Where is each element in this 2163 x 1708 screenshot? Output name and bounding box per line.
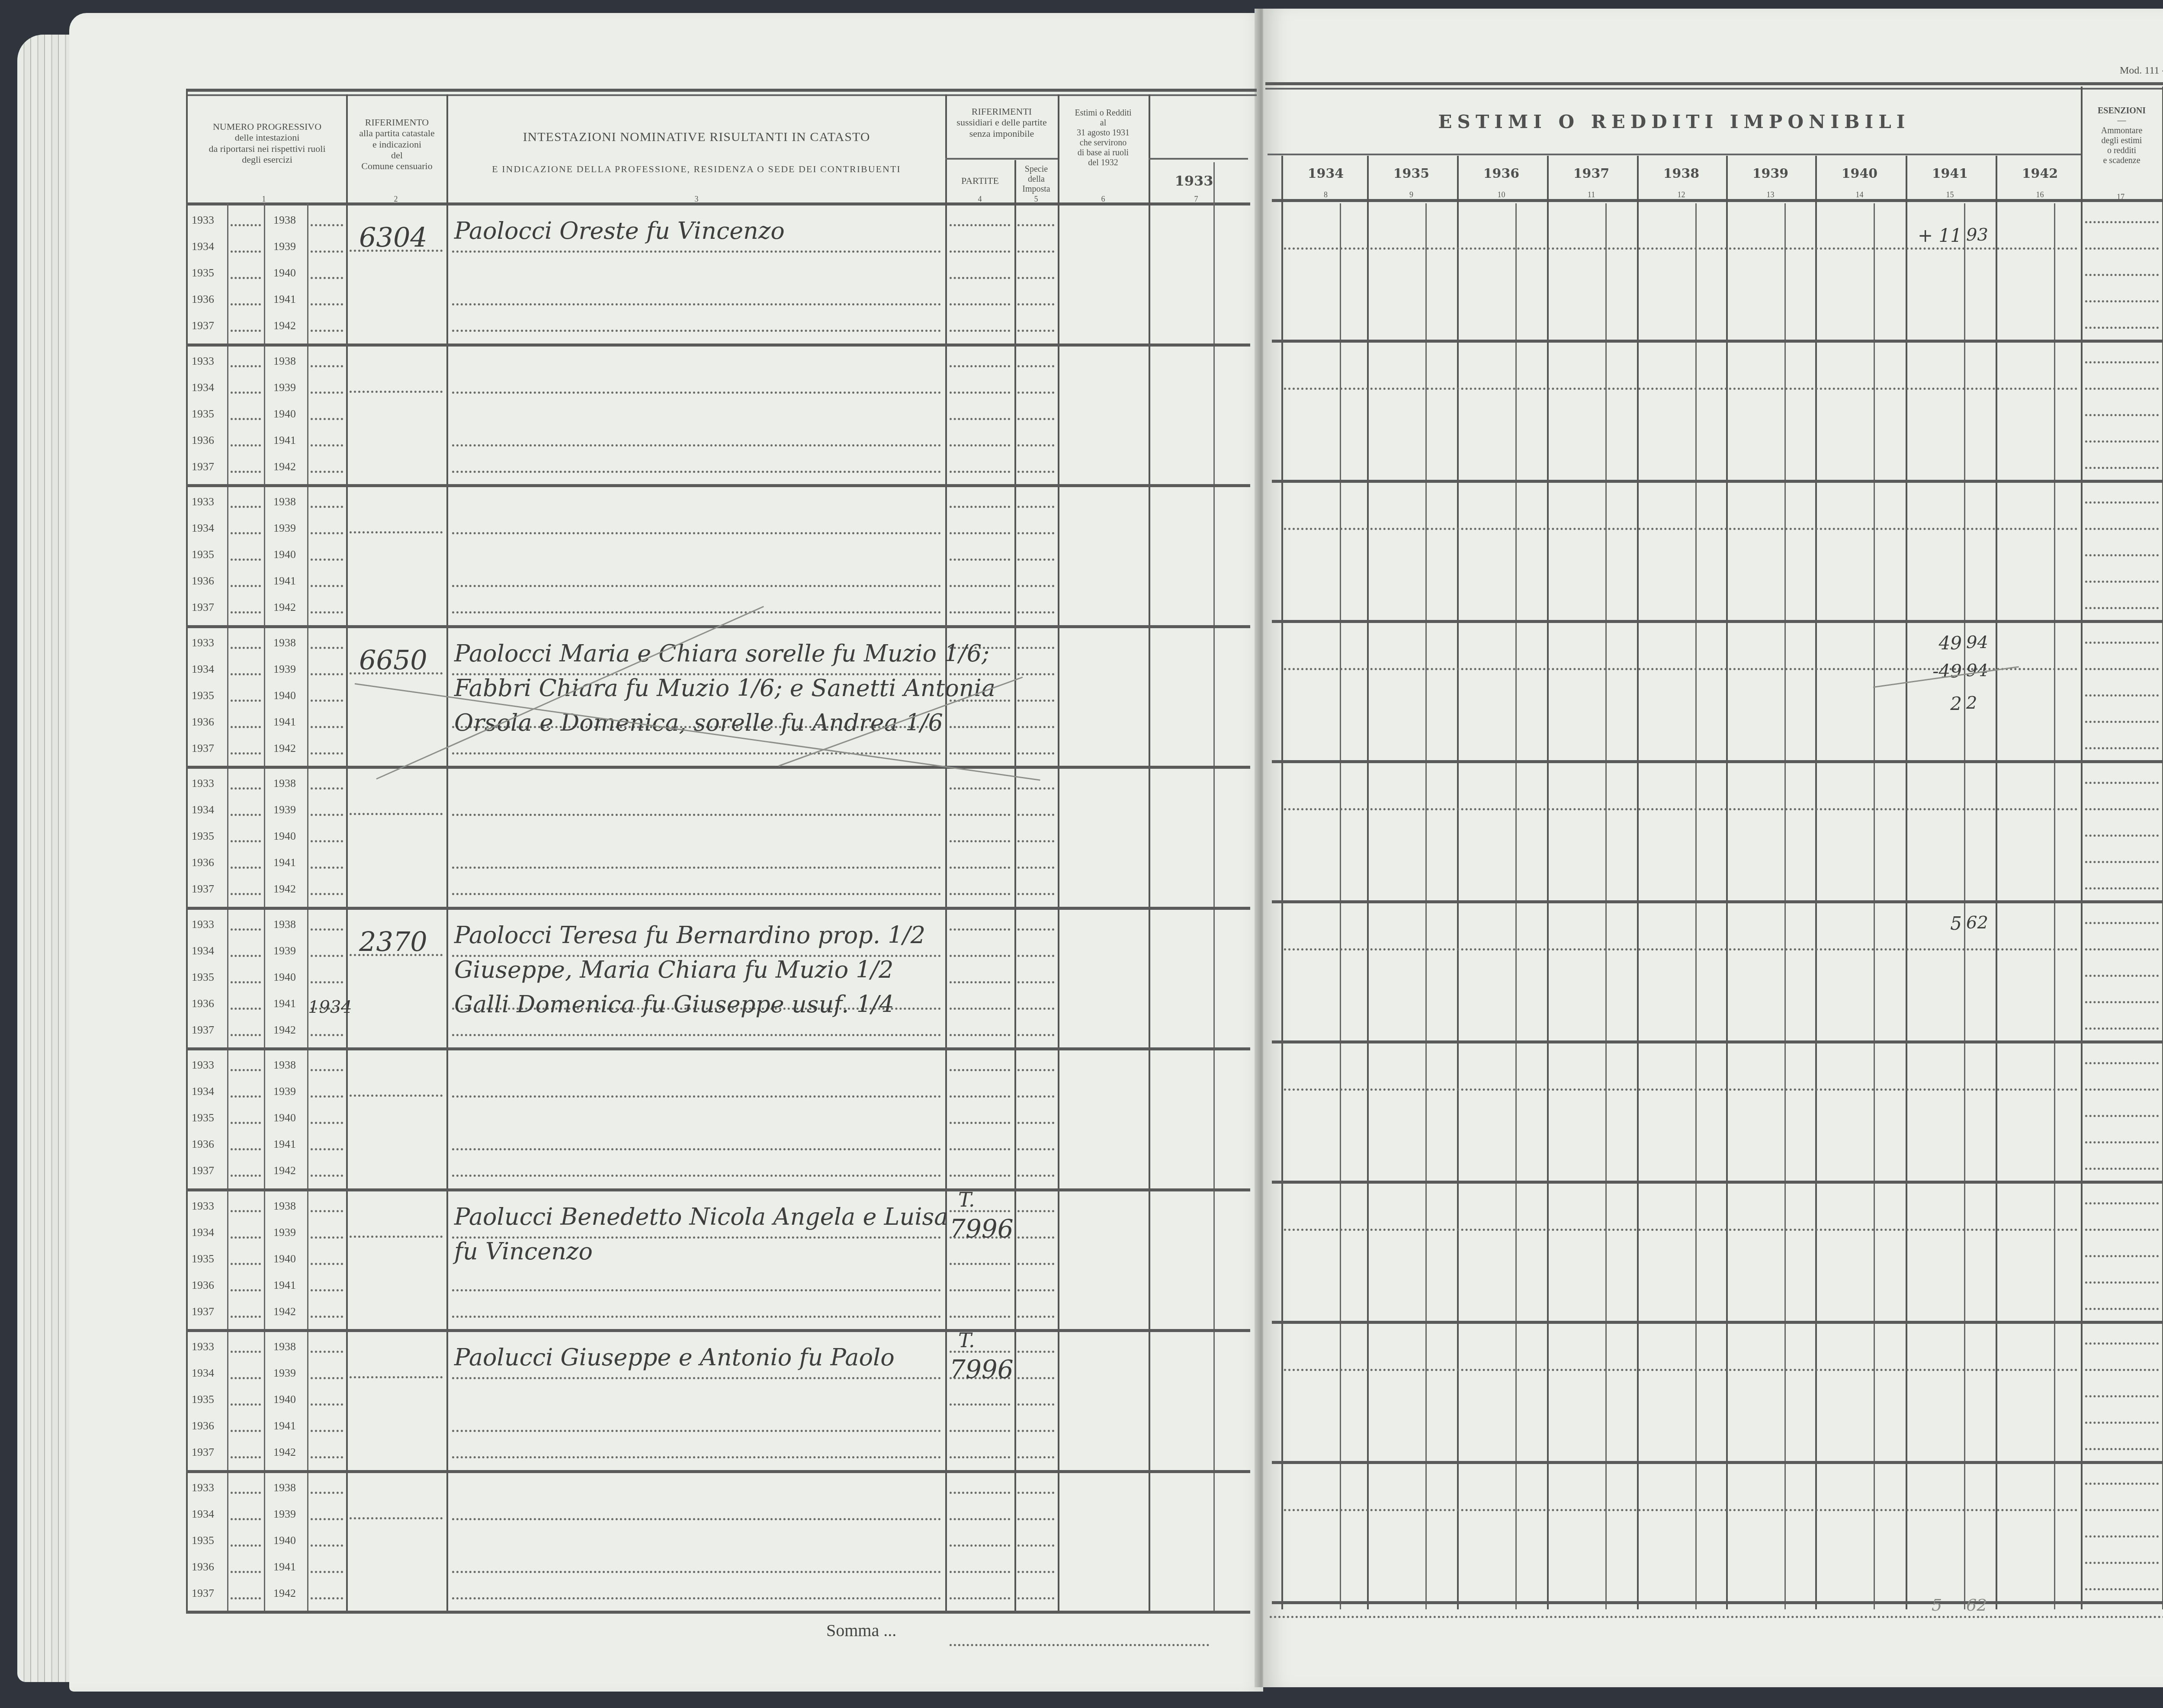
partite-line	[950, 1034, 1010, 1036]
writing-line	[452, 752, 941, 754]
blank-line	[311, 647, 343, 649]
partite-line	[950, 418, 1010, 420]
esenzioni-line	[2085, 887, 2159, 889]
year-label: 1937	[192, 1024, 214, 1037]
partite-line	[950, 814, 1010, 816]
year-label: 1936	[192, 575, 214, 588]
blank-line	[231, 471, 261, 473]
blank-line	[311, 585, 343, 587]
blank-line	[231, 1148, 261, 1150]
year-label: 1939	[273, 522, 296, 535]
blank-line	[231, 559, 261, 561]
esenzioni-line	[2085, 327, 2159, 329]
specie-line	[1017, 1544, 1054, 1547]
intestazione-line[interactable]: Paolucci Giuseppe e Antonio fu Paolo	[454, 1344, 895, 1371]
esenzioni-line	[2085, 221, 2159, 223]
esenzioni-line	[2085, 747, 2159, 749]
value-cent[interactable]: 93	[1966, 225, 1988, 245]
esenzioni-number: 17	[2115, 193, 2126, 202]
value-line	[1284, 528, 2078, 530]
esenzioni-line	[2085, 721, 2159, 723]
writing-line	[452, 444, 941, 446]
partite-line	[950, 1430, 1010, 1432]
year-label: 1937	[192, 1587, 214, 1600]
blank-line	[231, 867, 261, 869]
value-line	[1284, 808, 2078, 810]
col2-sub: alla partita catastale	[348, 128, 446, 138]
year-label: 1935	[192, 266, 214, 279]
riferimento-line	[350, 813, 443, 815]
blank-line	[311, 250, 343, 253]
partita-number: 6650	[359, 644, 427, 676]
partite-line	[950, 1289, 1010, 1291]
blank-line	[231, 585, 261, 587]
partite-line	[950, 840, 1010, 842]
blank-line	[231, 673, 261, 675]
year-label: 1935	[192, 1252, 214, 1265]
cent-col-divider	[2054, 203, 2055, 1609]
year-label: 1941	[273, 856, 296, 869]
year-label: 1942	[273, 601, 296, 614]
specie-line	[1017, 365, 1054, 367]
year-label: 1940	[273, 408, 296, 421]
specie-line	[1017, 1034, 1054, 1036]
blank-line	[231, 1175, 261, 1177]
col1-number: 1	[260, 195, 268, 204]
specie-line	[1017, 1008, 1054, 1010]
blank-line	[311, 893, 343, 895]
blank-line	[231, 1377, 261, 1379]
year-label: 1935	[192, 408, 214, 421]
riferimento-mark: T.	[958, 1188, 975, 1211]
specie-line	[1017, 1492, 1054, 1494]
specie-line	[1017, 726, 1054, 728]
riferimenti-header: RIFERIMENTI sussidiari e delle partite s…	[947, 106, 1057, 139]
blank-line	[311, 611, 343, 613]
somma-lire: 5	[1932, 1596, 1942, 1615]
year-label: 1933	[192, 214, 214, 227]
col2-sub: e indicazioni	[348, 139, 446, 150]
specie-line	[1017, 303, 1054, 305]
year-label: 1940	[273, 1252, 296, 1265]
year-label: 1939	[273, 1226, 296, 1239]
writing-line	[452, 1571, 941, 1573]
intestazione-line[interactable]: Fabbri Chiara fu Muzio 1/6; e Sanetti An…	[454, 674, 995, 702]
esenzioni-line	[2085, 1202, 2159, 1204]
esenzioni-line	[2085, 1088, 2159, 1091]
partite-line	[950, 1122, 1010, 1124]
header-bottom-rule	[1272, 199, 2163, 202]
blank-line	[231, 787, 261, 790]
year-header: 1938	[1637, 167, 1726, 182]
esenzioni-line: Ammontare	[2082, 126, 2162, 136]
esenzioni-line	[2085, 388, 2159, 390]
year-col-divider	[1996, 156, 1997, 1609]
esenzioni-line: —	[2082, 116, 2162, 126]
partite-line	[950, 1518, 1010, 1520]
blank-line	[231, 955, 261, 957]
col5-header: Specie della Imposta	[1016, 164, 1057, 194]
partite-line	[950, 224, 1010, 226]
esenzioni-line	[2085, 694, 2159, 697]
partite-line	[950, 1597, 1010, 1599]
year-col-number: 9	[1367, 190, 1456, 199]
header-bottom-rule	[186, 202, 1250, 205]
group-rule	[186, 484, 1250, 487]
blank-line	[231, 726, 261, 728]
blank-line	[311, 928, 343, 931]
year-label: 1936	[192, 1560, 214, 1573]
specie-line	[1017, 418, 1054, 420]
blank-line	[311, 1544, 343, 1547]
specie-line	[1017, 928, 1054, 931]
specie-line	[1017, 1403, 1054, 1406]
riferimento-line	[350, 1095, 443, 1097]
year-label: 1936	[192, 1279, 214, 1292]
partita-ref-number: 7996	[950, 1214, 1014, 1243]
year-label: 1941	[273, 575, 296, 588]
blank-line	[231, 444, 261, 446]
esenzioni-header: ESENZIONI — Ammontare degli estimi o red…	[2082, 106, 2162, 166]
specie-line	[1017, 1430, 1054, 1432]
intestazione-line[interactable]: Galli Domenica fu Giuseppe usuf. 1/4	[454, 991, 894, 1018]
year-label: 1935	[192, 689, 214, 702]
col2-sub: Comune censuario	[348, 161, 446, 171]
blank-line	[231, 330, 261, 332]
value-lire[interactable]: 2	[1910, 693, 1962, 714]
intestazione-line[interactable]: Paolocci Teresa fu Bernardino prop. 1/2	[454, 921, 925, 949]
specie-line	[1017, 444, 1054, 446]
esenzioni-line	[2085, 1062, 2159, 1064]
year-label: 1934	[192, 1367, 214, 1380]
year-label: 1941	[273, 1279, 296, 1292]
writing-line	[452, 1377, 941, 1379]
group-rule	[186, 766, 1250, 769]
esenzioni-line	[2085, 1562, 2159, 1564]
riferimenti-title: RIFERIMENTI	[947, 106, 1057, 117]
partite-line	[950, 365, 1010, 367]
riferimenti-sub-rule	[945, 158, 1058, 160]
year-label: 1942	[273, 319, 296, 332]
blank-line	[231, 277, 261, 279]
year-label: 1933	[192, 495, 214, 508]
year-label: 1934	[192, 944, 214, 957]
left-page	[69, 13, 1263, 1692]
year-label: 1938	[273, 1340, 296, 1353]
blank-line	[231, 532, 261, 534]
specie-line	[1017, 532, 1054, 534]
esenzioni-line: degli estimi	[2082, 136, 2162, 146]
blank-line	[311, 303, 343, 305]
blank-line	[311, 1571, 343, 1573]
blank-line	[311, 1377, 343, 1379]
esenzioni-line	[2085, 668, 2159, 670]
table-top-border	[1265, 82, 2163, 85]
year-label: 1941	[273, 1560, 296, 1573]
value-cent[interactable]: 2	[1966, 693, 1977, 713]
year-label: 1936	[192, 434, 214, 447]
partite-line	[950, 1571, 1010, 1573]
esenzioni-line	[2085, 1001, 2159, 1003]
specie-line	[1017, 647, 1054, 649]
cent-col-divider	[1340, 203, 1341, 1609]
year-label: 1935	[192, 548, 214, 561]
specie-line	[1017, 330, 1054, 332]
partite-line	[950, 1456, 1010, 1458]
year-label: 1938	[273, 918, 296, 931]
years-top-rule	[1268, 154, 2081, 155]
cent-col-divider	[1784, 203, 1786, 1609]
group-rule	[1272, 1321, 2163, 1324]
riferimento-line	[350, 1236, 443, 1238]
col-divider	[945, 94, 947, 1613]
blank-line	[311, 787, 343, 790]
blank-line	[231, 1456, 261, 1458]
year-label: 1933	[192, 636, 214, 649]
esenzioni-line	[2085, 948, 2159, 950]
left-page-stack	[17, 35, 78, 1682]
writing-line	[452, 867, 941, 869]
blank-line	[311, 330, 343, 332]
value-cent[interactable]: 94	[1966, 632, 1988, 652]
partite-line	[950, 444, 1010, 446]
year-label: 1934	[192, 803, 214, 816]
blank-line	[311, 726, 343, 728]
partite-line	[950, 1492, 1010, 1494]
specie-line	[1017, 673, 1054, 675]
partite-line	[950, 559, 1010, 561]
blank-line	[311, 532, 343, 534]
esenzioni-line	[2085, 1115, 2159, 1117]
year-label: 1938	[273, 636, 296, 649]
specie-line	[1017, 1351, 1054, 1353]
blank-line	[231, 1069, 261, 1071]
year-label: 1942	[273, 1587, 296, 1600]
col6-line: che servirono	[1060, 138, 1146, 148]
specie-line	[1017, 867, 1054, 869]
year-label: 1940	[273, 689, 296, 702]
blank-line	[311, 700, 343, 702]
col6-line: Estimi o Redditi	[1060, 108, 1146, 118]
writing-line	[452, 1148, 941, 1150]
value-cent[interactable]: 62	[1966, 913, 1988, 933]
year-col-divider	[1457, 156, 1459, 1609]
specie-line	[1017, 893, 1054, 895]
year-label: 1938	[273, 355, 296, 368]
writing-line	[452, 1289, 941, 1291]
esenzioni-line	[2085, 528, 2159, 530]
esenzioni-line	[2085, 975, 2159, 977]
year-label: 1937	[192, 601, 214, 614]
partite-line	[950, 787, 1010, 790]
specie-line	[1017, 1148, 1054, 1150]
value-lire[interactable]: 49	[1910, 632, 1962, 654]
value-lire[interactable]: + 11	[1910, 225, 1962, 246]
partite-line	[950, 928, 1010, 931]
year-label: 1939	[273, 240, 296, 253]
col6-line: del 1932	[1060, 158, 1146, 168]
year-label: 1941	[273, 293, 296, 306]
year-label: 1937	[192, 883, 214, 896]
blank-line	[231, 814, 261, 816]
year-label: 1938	[273, 777, 296, 790]
partite-line	[950, 1544, 1010, 1547]
year-label: 1942	[273, 742, 296, 755]
group-rule	[1272, 340, 2163, 343]
year-label: 1934	[192, 381, 214, 394]
year-label: 1941	[273, 716, 296, 729]
year-label: 1939	[273, 1085, 296, 1098]
year-label: 1940	[273, 266, 296, 279]
riferimento-line	[350, 391, 443, 393]
col7-number: 7	[1192, 195, 1200, 204]
year-label: 1937	[192, 319, 214, 332]
group-rule	[1272, 620, 2163, 623]
year-header: 1937	[1547, 167, 1636, 182]
intestazione-line[interactable]: fu Vincenzo	[454, 1238, 593, 1265]
intestazione-line[interactable]: Paolucci Benedetto Nicola Angela e Luisa	[454, 1203, 948, 1230]
col2-sub: del	[348, 150, 446, 161]
blank-line	[231, 1518, 261, 1520]
blank-line	[311, 471, 343, 473]
year-col-divider	[1726, 156, 1728, 1609]
specie-line	[1017, 1571, 1054, 1573]
col5-line: Imposta	[1016, 184, 1057, 194]
partite-line	[950, 392, 1010, 394]
year-label: 1936	[192, 1138, 214, 1151]
blank-line	[231, 1289, 261, 1291]
blank-line	[311, 1263, 343, 1265]
partita-number: 2370	[359, 926, 427, 957]
blank-line	[231, 1597, 261, 1599]
riferimenti-sub: sussidiari e delle partite	[947, 117, 1057, 128]
group-rule	[1272, 760, 2163, 763]
specie-line	[1017, 250, 1054, 253]
partite-line	[950, 532, 1010, 534]
year-label: 1942	[273, 460, 296, 473]
blank-line	[311, 1236, 343, 1239]
esenzioni-line: o redditi	[2082, 146, 2162, 156]
year-col-number: 14	[1815, 190, 1904, 199]
blank-line	[311, 224, 343, 226]
riferimenti-sub: senza imponibile	[947, 128, 1057, 139]
year-label: 1938	[273, 1481, 296, 1494]
year-label: 1939	[273, 944, 296, 957]
writing-line	[452, 1316, 941, 1318]
year-header: 1941	[1906, 167, 1994, 182]
partite-line	[950, 981, 1010, 983]
specie-line	[1017, 559, 1054, 561]
year-label: 1936	[192, 997, 214, 1010]
blank-line	[231, 1351, 261, 1353]
blank-line	[311, 365, 343, 367]
year-col-number: 8	[1281, 190, 1370, 199]
year-col-number: 15	[1906, 190, 1994, 199]
partite-line	[950, 506, 1010, 508]
group-rule	[1272, 1040, 2163, 1043]
writing-line	[452, 250, 941, 253]
value-lire[interactable]: 5	[1910, 913, 1962, 934]
year-label: 1940	[273, 1534, 296, 1547]
blank-line	[311, 1069, 343, 1071]
year-label: 1933	[192, 1059, 214, 1072]
year-label: 1940	[273, 548, 296, 561]
year-label: 1935	[192, 1393, 214, 1406]
esenzioni-line	[2085, 501, 2159, 504]
riferimento-line	[350, 531, 443, 533]
esenzioni-line	[2085, 808, 2159, 810]
group-rule	[186, 1047, 1250, 1050]
writing-line	[452, 392, 941, 394]
year-label: 1942	[273, 1305, 296, 1318]
intestazione-line[interactable]: Giuseppe, Maria Chiara fu Muzio 1/2	[454, 956, 893, 983]
year-label: 1940	[273, 1111, 296, 1124]
blank-line	[231, 700, 261, 702]
esenzioni-line	[2085, 1255, 2159, 1257]
value-line	[1284, 948, 2078, 950]
group-rule	[1272, 480, 2163, 483]
partite-line	[950, 250, 1010, 253]
year-col-divider	[1906, 156, 1907, 1609]
writing-line	[452, 1518, 941, 1520]
col3-number: 3	[692, 195, 701, 204]
esenzioni-line	[2085, 1535, 2159, 1538]
specie-line	[1017, 1263, 1054, 1265]
esenzioni-line	[2085, 581, 2159, 583]
col-divider	[2081, 87, 2083, 1609]
year-col-divider	[1281, 156, 1283, 1609]
intestazione-line[interactable]: Paolocci Maria e Chiara sorelle fu Muzio…	[454, 640, 989, 667]
writing-line	[452, 893, 941, 895]
blank-line	[231, 1571, 261, 1573]
blank-line	[231, 647, 261, 649]
right-page	[1263, 9, 2163, 1687]
blank-line	[231, 418, 261, 420]
esenzioni-line	[2085, 642, 2159, 644]
blank-line	[311, 955, 343, 957]
blank-line	[231, 981, 261, 983]
year-label: 1940	[273, 971, 296, 984]
col1-sub: da riportarsi nei rispettivi ruoli	[188, 143, 346, 154]
esenzioni-line	[2085, 1588, 2159, 1590]
blank-line	[311, 867, 343, 869]
blank-line	[311, 506, 343, 508]
specie-line	[1017, 955, 1054, 957]
year-label: 1935	[192, 830, 214, 843]
partite-line	[950, 585, 1010, 587]
esenzioni-line	[2085, 1308, 2159, 1310]
esenzioni-line	[2085, 1027, 2159, 1030]
blank-line	[311, 840, 343, 842]
esenzioni-line	[2085, 861, 2159, 863]
cent-col-divider	[1874, 203, 1875, 1609]
partite-line	[950, 471, 1010, 473]
year-col-divider	[1815, 156, 1817, 1609]
year-col-divider	[1367, 156, 1369, 1609]
specie-line	[1017, 1069, 1054, 1071]
esenzioni-line	[2085, 782, 2159, 784]
col6-line: di base ai ruoli	[1060, 148, 1146, 158]
partite-line	[950, 303, 1010, 305]
blank-line	[231, 1263, 261, 1265]
partite-line	[950, 611, 1010, 613]
esenzioni-line	[2085, 1281, 2159, 1284]
table-top-border	[186, 89, 1257, 92]
blank-line	[231, 928, 261, 931]
intestazione-line[interactable]: Paolocci Oreste fu Vincenzo	[454, 217, 785, 244]
col-divider	[1149, 94, 1150, 1613]
year-label: 1934	[192, 1085, 214, 1098]
